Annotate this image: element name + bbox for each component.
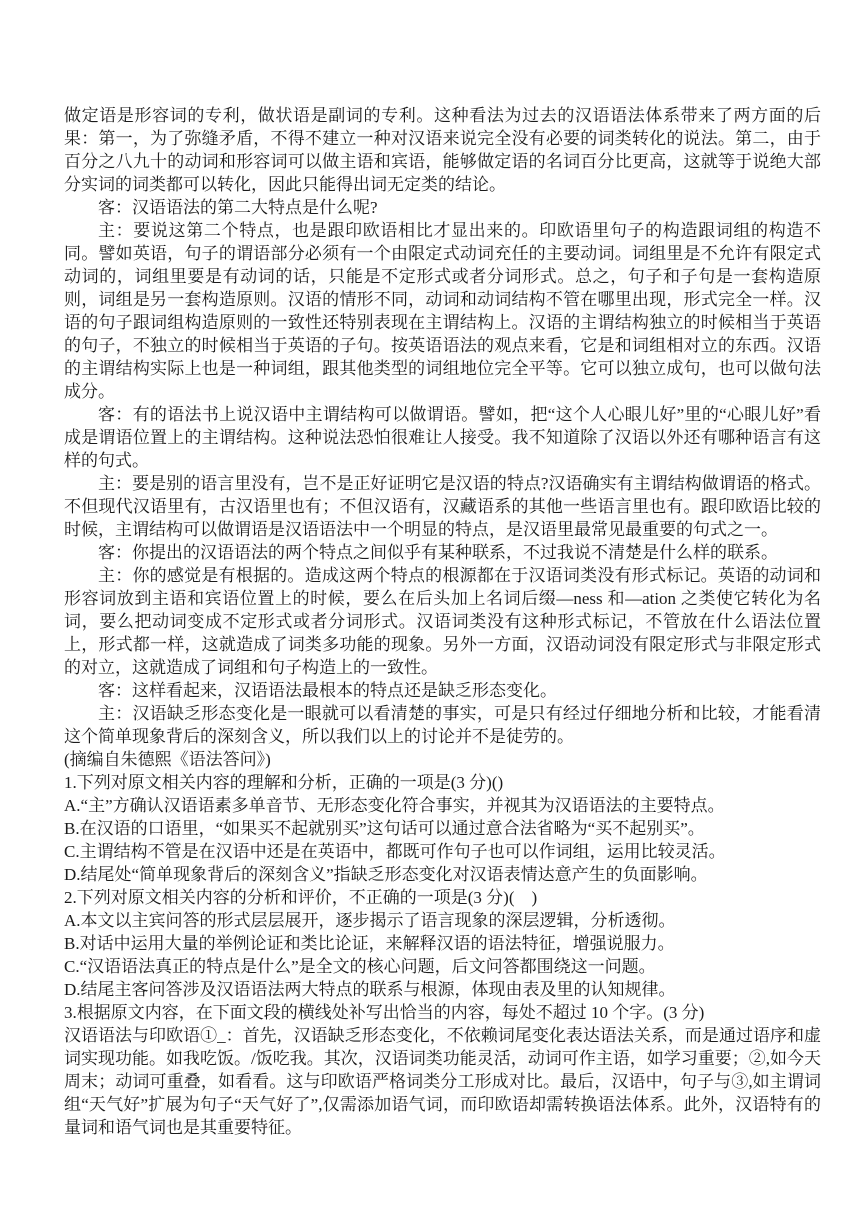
dialogue-host-paragraph: 主：你的感觉是有根据的。造成这两个特点的根源都在于汉语词类没有形式标记。英语的动…	[64, 564, 821, 679]
source-attribution: (摘编自朱德熙《语法答问》)	[64, 748, 821, 771]
question-2-option-c: C.“汉语语法真正的特点是什么”是全文的核心问题，后文问答都围绕这一问题。	[64, 955, 821, 978]
question-2-option-b: B.对话中运用大量的举例论证和类比论证，来解释汉语的语法特征，增强说服力。	[64, 932, 821, 955]
dialogue-guest-paragraph: 客：你提出的汉语语法的两个特点之间似乎有某种联系，不过我说不清楚是什么样的联系。	[64, 541, 821, 564]
dialogue-guest-paragraph: 客：这样看起来，汉语语法最根本的特点还是缺乏形态变化。	[64, 679, 821, 702]
question-1-option-d: D.结尾处“简单现象背后的深刻含义”指缺乏形态变化对汉语表情达意产生的负面影响。	[64, 863, 821, 886]
question-3-stem: 3.根据原文内容，在下面文段的横线处补写出恰当的内容，每处不超过 10 个字。(…	[64, 1001, 821, 1024]
dialogue-guest-paragraph: 客：有的语法书上说汉语中主谓结构可以做谓语。譬如，把“这个人心眼儿好”里的“心眼…	[64, 403, 821, 472]
exam-document-page: 做定语是形容词的专利，做状语是副词的专利。这种看法为过去的汉语语法体系带来了两方…	[0, 0, 868, 1227]
question-3-fill-passage: 汉语语法与印欧语①_：首先，汉语缺乏形态变化，不依赖词尾变化表达语法关系，而是通…	[64, 1024, 821, 1139]
question-1-stem: 1.下列对原文相关内容的理解和分析，正确的一项是(3 分)()	[64, 771, 821, 794]
dialogue-host-paragraph: 主：要说这第二个特点，也是跟印欧语相比才显出来的。印欧语里句子的构造跟词组的构造…	[64, 219, 821, 403]
question-2-option-d: D.结尾主客问答涉及汉语语法两大特点的联系与根源，体现由表及里的认知规律。	[64, 978, 821, 1001]
question-2-option-a: A.本文以主宾问答的形式层层展开，逐步揭示了语言现象的深层逻辑，分析透彻。	[64, 909, 821, 932]
question-1-option-c: C.主谓结构不管是在汉语中还是在英语中，都既可作句子也可以作词组，运用比较灵活。	[64, 840, 821, 863]
dialogue-host-paragraph: 主：汉语缺乏形态变化是一眼就可以看清楚的事实，可是只有经过仔细地分析和比较，才能…	[64, 702, 821, 748]
dialogue-host-paragraph: 主：要是别的语言里没有，岂不是正好证明它是汉语的特点?汉语确实有主谓结构做谓语的…	[64, 472, 821, 541]
question-1-option-a: A.“主”方确认汉语语素多单音节、无形态变化符合事实，并视其为汉语语法的主要特点…	[64, 794, 821, 817]
question-1-option-b: B.在汉语的口语里，“如果买不起就别买”这句话可以通过意合法省略为“买不起别买”…	[64, 817, 821, 840]
dialogue-guest-paragraph: 客：汉语语法的第二大特点是什么呢?	[64, 196, 821, 219]
passage-lead-paragraph: 做定语是形容词的专利，做状语是副词的专利。这种看法为过去的汉语语法体系带来了两方…	[64, 104, 821, 196]
question-2-stem: 2.下列对原文相关内容的分析和评价，不正确的一项是(3 分)( )	[64, 886, 821, 909]
